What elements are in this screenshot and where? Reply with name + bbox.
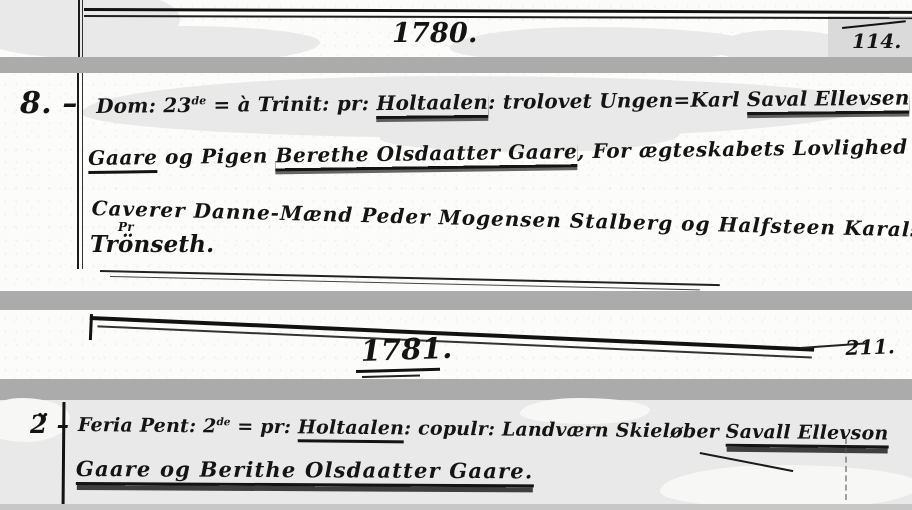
bottom-line1-mid2-text: : copulr: Landværn Skieløber: [404, 417, 726, 442]
faint-fold-line: [845, 438, 847, 500]
entry-1780-line3: Caverer Danne-Mænd Peder Mogensen Stalbe…: [91, 196, 912, 243]
line1-mid2-text: : trolovet Ungen=Karl: [488, 87, 747, 114]
ordinal-superscript: de: [191, 94, 206, 107]
bride-name: Berethe Olsdaatter Gaare: [275, 139, 577, 168]
entry-number-bottom: 2̈ –: [30, 410, 69, 439]
line2-tail-text: , For ægteskabets Lovlighed: [577, 135, 908, 164]
couple-farm-names: Gaare og Berithe Olsdaatter Gaare.: [76, 456, 534, 487]
line2-mid-text: og Pigen: [157, 143, 275, 169]
groom-name: Saval Ellevsen: [747, 85, 910, 112]
top-double-rule-lower: [84, 15, 912, 19]
margin-rule-line-2: [82, 73, 83, 269]
year-heading-1781: 1781.: [360, 331, 453, 368]
page-number-114: 114.: [852, 29, 902, 53]
farm-name-gaare: Gaare: [88, 145, 158, 174]
bottom-line1-date-text: Feria Pent: 2: [78, 414, 217, 437]
top-double-rule-upper: [84, 8, 912, 14]
year-underline-flourish: [356, 368, 440, 373]
entry-number: 8. –: [20, 86, 78, 121]
column-divider-line-2: [82, 0, 83, 58]
page-number-211: 211.: [845, 334, 895, 360]
scanned-parish-register-page: 1780. 114. 8. – Dom: 23de = à Trinit: pr…: [0, 0, 912, 510]
line1-mid-text: = à Trinit: pr:: [206, 91, 376, 117]
place-name-holtaalen-bottom: Holtaalen: [298, 416, 404, 443]
entry-1780-line2: Gaare og Pigen Berethe Olsdaatter Gaare,…: [88, 135, 908, 170]
scan-edge-strip: [0, 504, 912, 510]
redaction-bar: [0, 379, 912, 400]
bottom-line1-mid-text: = pr:: [230, 416, 298, 439]
ordinal-superscript: de: [216, 416, 230, 428]
redaction-bar: [0, 291, 912, 310]
place-name-holtaalen: Holtaalen: [376, 90, 488, 116]
year-heading-1780: 1780.: [392, 18, 478, 49]
entry-1780-line4: Trönseth.: [90, 231, 214, 258]
year-underline-flourish-2: [362, 374, 420, 378]
line1-date-text: Dom: 23: [96, 93, 192, 118]
column-divider-line: [78, 0, 80, 58]
redaction-bar: [0, 57, 912, 73]
entry-1781-line2: Gaare og Berithe Olsdaatter Gaare.: [76, 456, 534, 483]
scan-blotch: [660, 465, 912, 509]
groom-name-bottom: Savall Ellevson: [726, 421, 889, 449]
